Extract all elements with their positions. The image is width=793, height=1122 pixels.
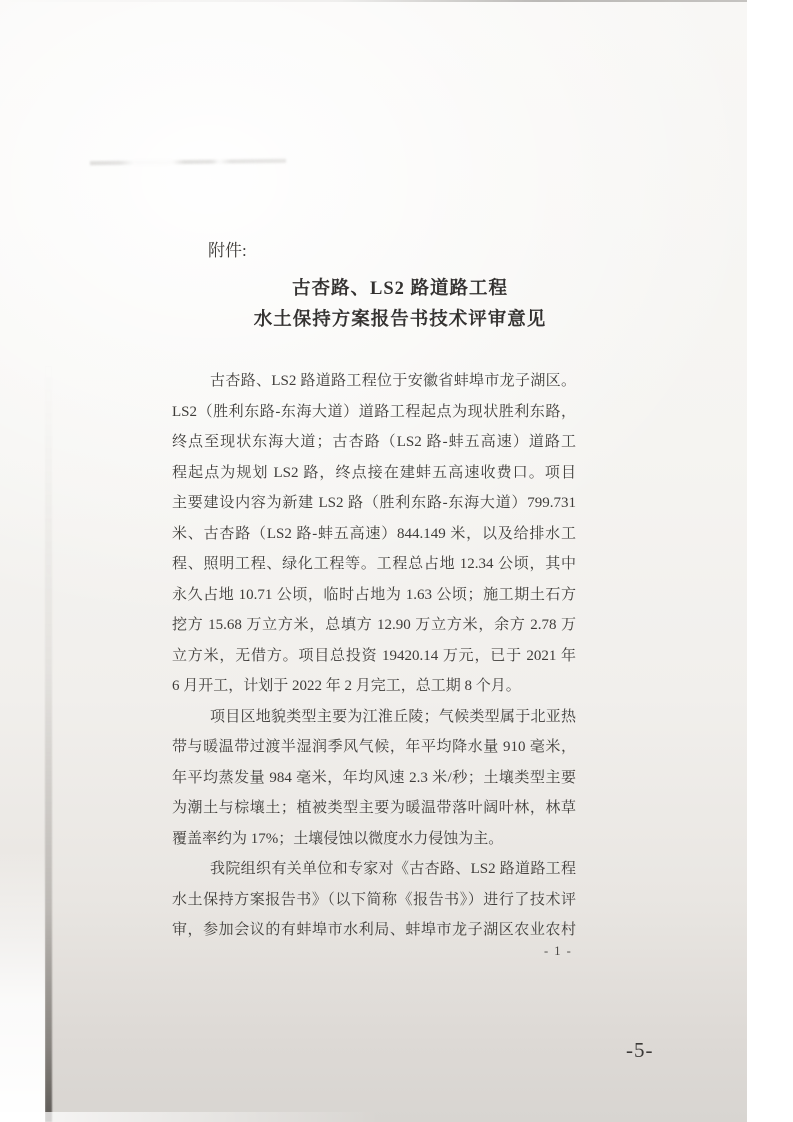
paragraph-1-line: 程、照明工程、绿化工程等。工程总占地 12.34 公顷，其中 <box>172 549 576 580</box>
body-text: 古杏路、LS2 路道路工程位于安徽省蚌埠市龙子湖区。 LS2（胜利东路-东海大道… <box>172 366 576 946</box>
paragraph-2-line: 覆盖率约为 17%；土壤侵蚀以微度水力侵蚀为主。 <box>172 824 576 855</box>
title-line-2: 水土保持方案报告书技术评审意见 <box>198 305 602 336</box>
outer-page-number: -5- <box>626 1038 654 1063</box>
paragraph-1-line: 米、古杏路（LS2 路-蚌五高速）844.149 米，以及给排水工 <box>172 519 576 550</box>
paragraph-1-line: 终点至现状东海大道；古杏路（LS2 路-蚌五高速）道路工 <box>172 427 576 458</box>
paragraph-2-line: 年平均蒸发量 984 毫米，年均风速 2.3 米/秒；土壤类型主要 <box>172 763 576 794</box>
paragraph-1-line: 古杏路、LS2 路道路工程位于安徽省蚌埠市龙子湖区。 <box>172 366 576 397</box>
paragraph-2-line: 项目区地貌类型主要为江淮丘陵；气候类型属于北亚热 <box>172 702 576 733</box>
paragraph-1-line: 主要建设内容为新建 LS2 路（胜利东路-东海大道）799.731 <box>172 488 576 519</box>
paragraph-2-line: 带与暖温带过渡半湿润季风气候，年平均降水量 910 毫米， <box>172 732 576 763</box>
paragraph-1-line: LS2（胜利东路-东海大道）道路工程起点为现状胜利东路， <box>172 397 576 428</box>
paragraph-1-line: 立方米，无借方。项目总投资 19420.14 万元，已于 2021 年 <box>172 641 576 672</box>
paragraph-3-line: 我院组织有关单位和专家对《古杏路、LS2 路道路工程 <box>172 854 576 885</box>
title-line-1: 古杏路、LS2 路道路工程 <box>198 274 602 305</box>
paragraph-1-line: 6 月开工，计划于 2022 年 2 月完工，总工期 8 个月。 <box>172 671 576 702</box>
attachment-label: 附件: <box>208 241 247 261</box>
paragraph-3-line: 水土保持方案报告书》（以下简称《报告书》）进行了技术评 <box>172 885 576 916</box>
paragraph-3-line: 审，参加会议的有蚌埠市水利局、蚌埠市龙子湖区农业农村 <box>172 915 576 946</box>
scanned-document-photo: 附件: 古杏路、LS2 路道路工程 水土保持方案报告书技术评审意见 古杏路、LS… <box>0 0 747 1122</box>
paragraph-1-line: 程起点为规划 LS2 路，终点接在建蚌五高速收费口。项目 <box>172 458 576 489</box>
paragraph-2-line: 为潮土与棕壤土；植被类型主要为暖温带落叶阔叶林，林草 <box>172 793 576 824</box>
paragraph-1-line: 永久占地 10.71 公顷，临时占地为 1.63 公顷；施工期土石方 <box>172 580 576 611</box>
overexposed-edge-highlight <box>0 850 45 1122</box>
document-content: 附件: 古杏路、LS2 路道路工程 水土保持方案报告书技术评审意见 古杏路、LS… <box>172 0 576 1122</box>
paragraph-1-line: 挖方 15.68 万立方米，总填方 12.90 万立方米，余方 2.78 万 <box>172 610 576 641</box>
document-title: 古杏路、LS2 路道路工程 水土保持方案报告书技术评审意见 <box>198 274 602 336</box>
inner-page-number: - 1 - <box>544 944 572 959</box>
paper-left-edge-shadow <box>45 360 52 1122</box>
